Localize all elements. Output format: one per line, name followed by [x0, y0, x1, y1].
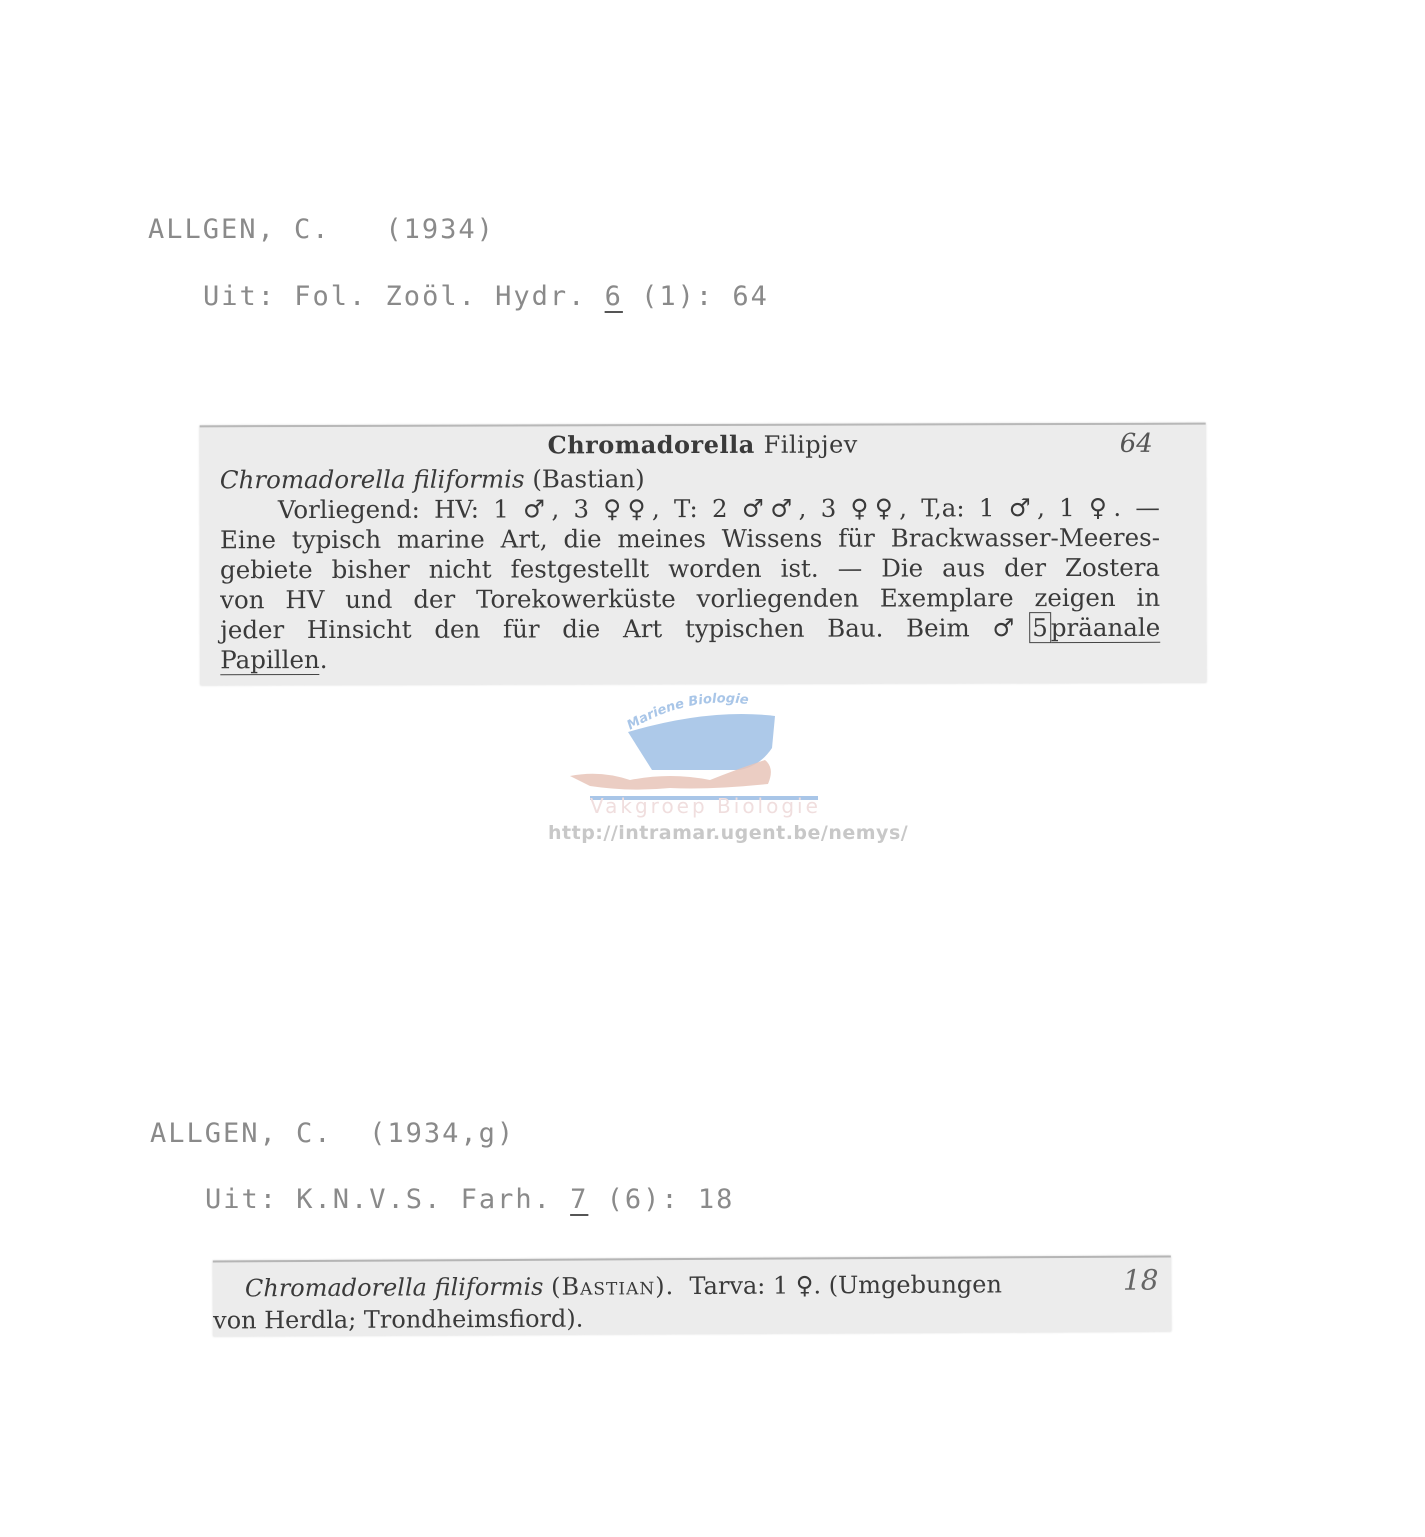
reference-2-year: (1934,g)	[369, 1118, 515, 1149]
clipping-2-body: Chromadorella filiformis (Bastian). Tarv…	[213, 1268, 1093, 1337]
reference-2-citation: ALLGEN, C. (1934,g)	[150, 1118, 515, 1149]
reference-1-citation: ALLGEN, C. (1934)	[148, 214, 495, 245]
reference-1-author: ALLGEN, C.	[148, 214, 331, 245]
reference-2-clipping: Chromadorella filiformis (Bastian). Tarv…	[213, 1255, 1171, 1336]
clipping-2-page-annotation: 18	[1123, 1264, 1159, 1297]
text-line: Eine typisch marine Art, die meines Wiss…	[220, 523, 1160, 555]
reference-2-volume: 7	[570, 1184, 588, 1215]
species-line: Chromadorella filiformis (Bastian)	[220, 463, 1160, 495]
reference-2-source: Uit: K.N.V.S. Farh. 7 (6): 18	[205, 1184, 734, 1215]
watermark-url: http://intramar.ugent.be/nemys/	[548, 822, 908, 844]
reference-1-year: (1934)	[385, 214, 495, 245]
text-line: von HV und der Torekowerküste vorliegend…	[220, 583, 1160, 615]
text-line: von Herdla; Trondheimsfiord).	[213, 1300, 1093, 1337]
reference-1-source: Uit: Fol. Zoöl. Hydr. 6 (1): 64	[203, 281, 769, 312]
clipping-1-page-annotation: 64	[1120, 429, 1153, 459]
text-line: jeder Hinsicht den für die Art typischen…	[220, 613, 1160, 645]
text-line: Vorliegend: HV: 1 ♂, 3 ♀♀, T: 2 ♂♂, 3 ♀♀…	[220, 493, 1160, 525]
text-line: gebiete bisher nicht festgestellt worden…	[220, 553, 1160, 585]
clipping-1-body: Chromadorella filiformis (Bastian) Vorli…	[220, 463, 1161, 675]
watermark-department: Vakgroep Biologie	[590, 794, 821, 818]
text-line: Papillen.	[220, 643, 1160, 675]
reference-1-clipping: Chromadorella Filipjev 64 Chromadorella …	[200, 423, 1207, 686]
reference-2-author: ALLGEN, C.	[150, 1118, 333, 1149]
boxed-number: 5	[1029, 612, 1051, 643]
text-line: Chromadorella filiformis (Bastian). Tarv…	[213, 1268, 1093, 1305]
reference-1-volume: 6	[605, 281, 623, 312]
clipping-1-heading: Chromadorella Filipjev	[200, 429, 1206, 461]
